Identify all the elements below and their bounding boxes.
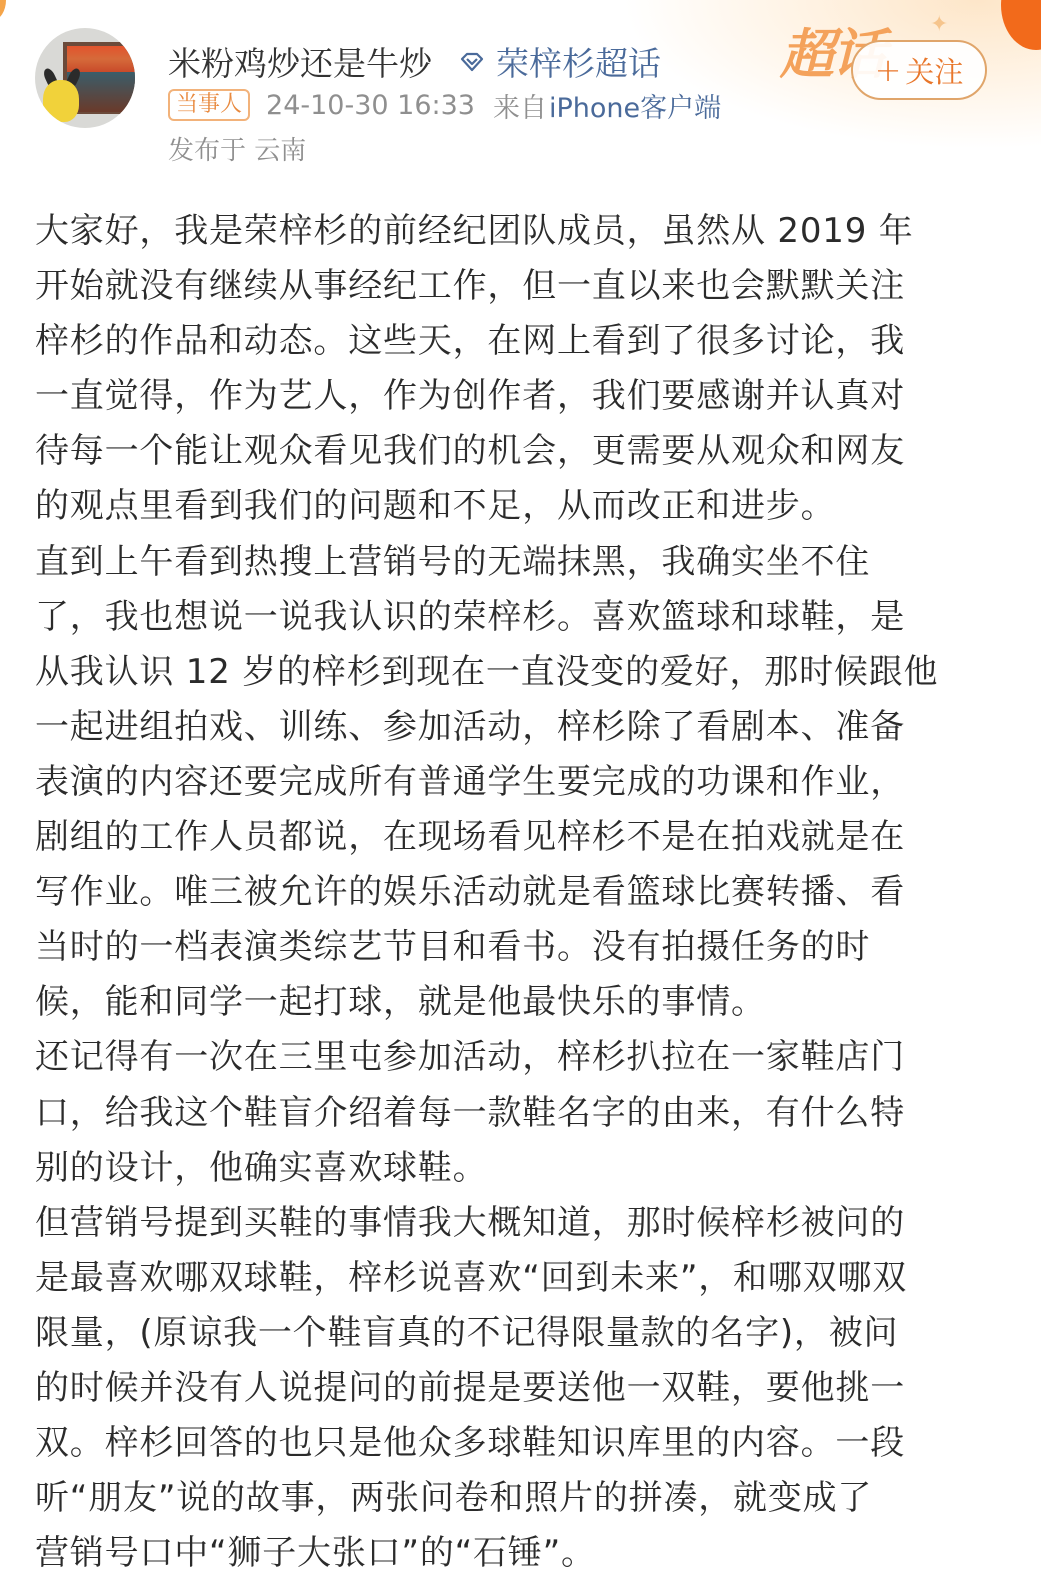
post-line: 一直觉得，作为艺人，作为创作者，我们要感谢并认真对 (35, 370, 1025, 425)
post-line: 口，给我这个鞋盲介绍着每一款鞋名字的由来，有什么特 (35, 1087, 1025, 1142)
post-line: 限量，(原谅我一个鞋盲真的不记得限量款的名字)，被问 (35, 1307, 1025, 1362)
post-line: 候，能和同学一起打球，就是他最快乐的事情。 (35, 976, 1025, 1031)
post-line: 直到上午看到热搜上营销号的无端抹黑，我确实坐不住 (35, 536, 1025, 591)
post-line: 一起进组拍戏、训练、参加活动，梓杉除了看剧本、准备 (35, 701, 1025, 756)
post-line: 待每一个能让观众看见我们的机会，更需要从观众和网友 (35, 425, 1025, 480)
post-line: 双。梓杉回答的也只是他众多球鞋知识库里的内容。一段 (35, 1417, 1025, 1472)
post-line: 的观点里看到我们的问题和不足，从而改正和进步。 (35, 480, 1025, 535)
post-line: 营销号口中“狮子大张口”的“石锤”。 (35, 1527, 1025, 1582)
post-line: 是最喜欢哪双球鞋，梓杉说喜欢“回到未来”，和哪双哪双 (35, 1252, 1025, 1307)
follow-button[interactable]: + 关注 (851, 40, 987, 100)
follow-label: 关注 (905, 50, 963, 91)
post-line: 写作业。唯三被允许的娱乐活动就是看篮球比赛转播、看 (35, 866, 1025, 921)
banner-decoration-left (0, 0, 6, 20)
post-body: 大家好，我是荣梓杉的前经纪团队成员，虽然从 2019 年 开始就没有继续从事经纪… (35, 205, 1025, 1582)
post-location: 发布于 云南 (168, 130, 306, 167)
post-timestamp: 24-10-30 16:33 (266, 90, 475, 121)
topic-link[interactable]: 荣梓杉超话 (458, 38, 661, 85)
post-line: 剧组的工作人员都说，在现场看见梓杉不是在拍戏就是在 (35, 811, 1025, 866)
plus-icon: + (875, 51, 902, 89)
post-line: 别的设计，他确实喜欢球鞋。 (35, 1142, 1025, 1197)
sparkle-icon: ✦ (930, 12, 948, 37)
avatar[interactable] (35, 28, 135, 128)
diamond-icon (458, 48, 486, 76)
post-line: 从我认识 12 岁的梓杉到现在一直没变的爱好，那时候跟他 (35, 646, 1025, 701)
post-line: 表演的内容还要完成所有普通学生要完成的功课和作业， (35, 756, 1025, 811)
source-client: iPhone客户端 (549, 86, 721, 125)
post-meta: 当事人 24-10-30 16:33 来自 iPhone客户端 (168, 88, 721, 122)
post-line: 开始就没有继续从事经纪工作，但一直以来也会默默关注 (35, 260, 1025, 315)
post-line: 当时的一档表演类综艺节目和看书。没有拍摄任务的时 (35, 921, 1025, 976)
status-badge: 当事人 (168, 89, 250, 121)
post-line: 听“朋友”说的故事，两张问卷和照片的拼凑，就变成了 (35, 1472, 1025, 1527)
source-prefix: 来自 (493, 86, 547, 125)
post-line: 的时候并没有人说提问的前提是要送他一双鞋，要他挑一 (35, 1362, 1025, 1417)
username[interactable]: 米粉鸡炒还是牛炒 (168, 38, 432, 85)
post-line: 大家好，我是荣梓杉的前经纪团队成员，虽然从 2019 年 (35, 205, 1025, 260)
post-line: 但营销号提到买鞋的事情我大概知道，那时候梓杉被问的 (35, 1197, 1025, 1252)
post-line: 梓杉的作品和动态。这些天，在网上看到了很多讨论，我 (35, 315, 1025, 370)
topic-name: 荣梓杉超话 (496, 38, 661, 85)
post-line: 了，我也想说一说我认识的荣梓杉。喜欢篮球和球鞋，是 (35, 591, 1025, 646)
post-line: 还记得有一次在三里屯参加活动，梓杉扒拉在一家鞋店门 (35, 1031, 1025, 1086)
